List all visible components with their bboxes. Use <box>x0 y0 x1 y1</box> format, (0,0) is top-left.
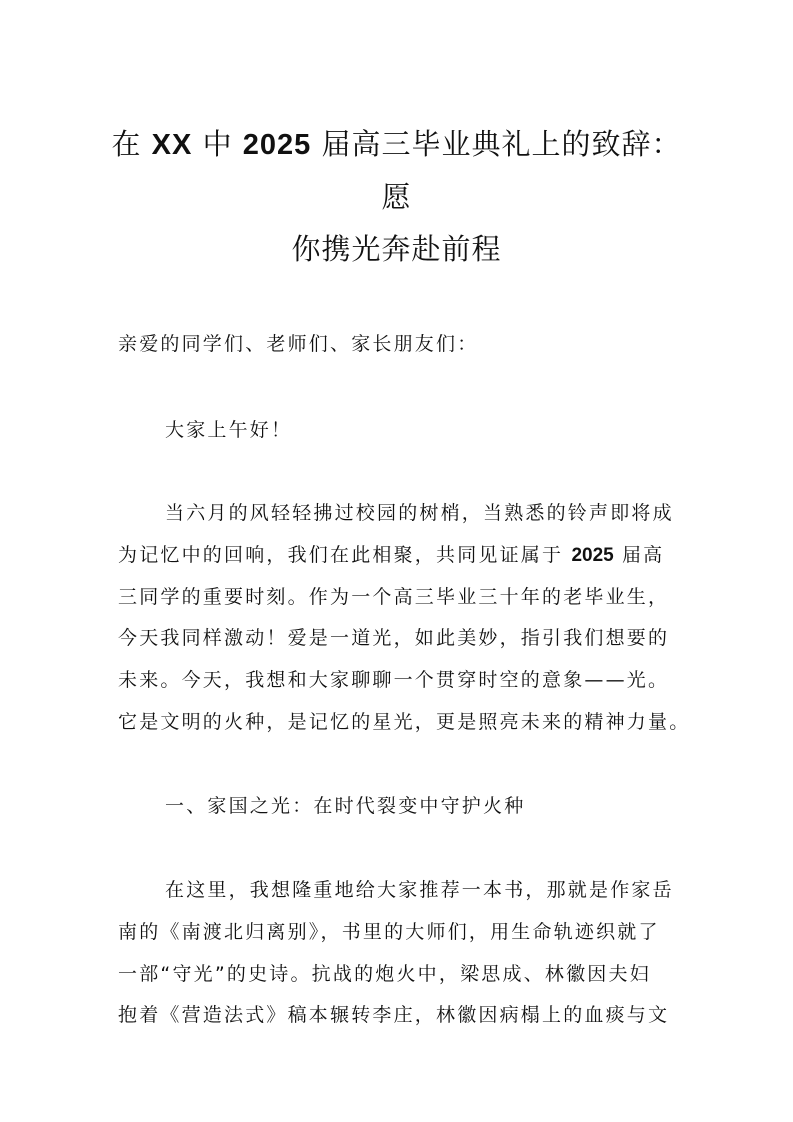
paragraph-line: 三同学的重要时刻。作为一个高三毕业三十年的老毕业生， <box>118 585 678 609</box>
paragraph-line: 在这里，我想隆重地给大家推荐一本书，那就是作家岳 <box>165 878 725 902</box>
paragraph-line: 今天我同样激动！爱是一道光，如此美妙，指引我们想要的 <box>118 626 678 650</box>
salutation: 亲爱的同学们、老师们、家长朋友们： <box>118 332 678 356</box>
section-heading: 一、家国之光：在时代裂变中守护火种 <box>165 794 725 818</box>
paragraph-line: 未来。今天，我想和大家聊聊一个贯穿时空的意象——光。 <box>118 668 678 692</box>
paragraph-line: 抱着《营造法式》稿本辗转李庄，林徽因病榻上的血痰与文 <box>118 1003 678 1027</box>
paragraph-line: 一部“守光”的史诗。抗战的炮火中，梁思成、林徽因夫妇 <box>118 962 678 986</box>
paragraph-line: 它是文明的火种，是记忆的星光，更是照亮未来的精神力量。 <box>118 710 678 734</box>
paragraph-line: 当六月的风轻轻拂过校园的树梢，当熟悉的铃声即将成 <box>165 501 725 525</box>
document-title: 在 XX 中 2025 届高三毕业典礼上的致辞：愿 你携光奔赴前程 <box>100 118 693 275</box>
paragraph-line: 南的《南渡北归离别》，书里的大师们，用生命轨迹织就了 <box>118 920 678 944</box>
title-line-2: 你携光奔赴前程 <box>291 232 501 266</box>
title-line-1: 在 XX 中 2025 届高三毕业典礼上的致辞：愿 <box>111 127 681 214</box>
greeting: 大家上午好！ <box>165 418 725 442</box>
paragraph-line: 为记忆中的回响，我们在此相聚，共同见证属于 2025 届高 <box>118 543 678 568</box>
